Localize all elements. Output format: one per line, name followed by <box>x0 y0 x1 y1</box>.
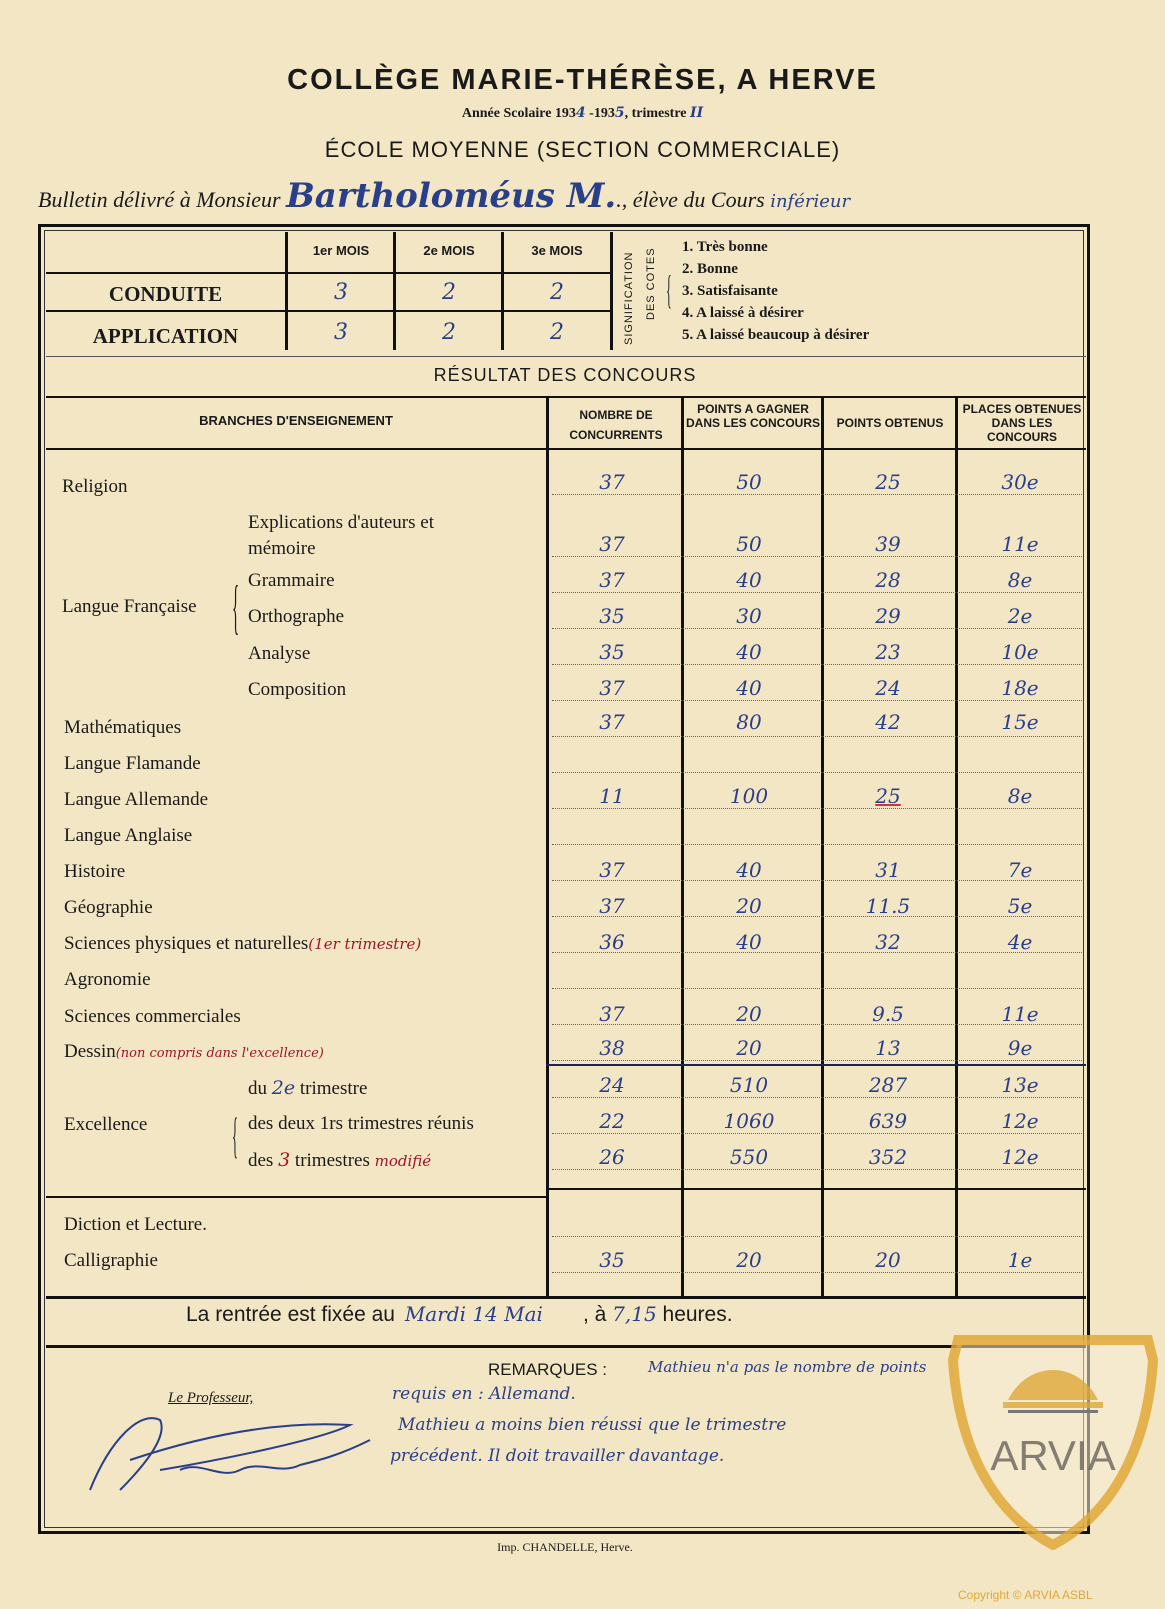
points-max-header: POINTS A GAGNER DANS LES CONCOURS <box>686 402 820 430</box>
legend-title-1: SIGNIFICATION <box>623 252 635 345</box>
subject-grammaire: Grammaire <box>248 570 335 592</box>
excellence-label: Excellence <box>64 1114 147 1136</box>
french-brace: { <box>232 512 239 702</box>
school-title: COLLÈGE MARIE-THÉRÈSE, A HERVE <box>0 64 1165 97</box>
application-month-2: 2 <box>398 320 500 345</box>
subject-explications: Explications d'auteurs et mémoire <box>248 510 468 562</box>
application-month-1: 3 <box>290 320 392 345</box>
watermark-text: ARVIA <box>990 1432 1115 1479</box>
subject-anglaise: Langue Anglaise <box>64 825 192 847</box>
subject-geographie: Géographie <box>64 897 153 919</box>
conduite-month-2: 2 <box>398 280 500 305</box>
places-header: PLACES OBTENUES DANS LES CONCOURS <box>960 402 1084 444</box>
remarks-line-3: Mathieu a moins bien réussi que le trime… <box>398 1415 786 1435</box>
subject-diction: Diction et Lecture. <box>64 1214 207 1236</box>
copyright: Copyright © ARVIA ASBL <box>958 1588 1093 1602</box>
concurrents-header: NOMBRE DE CONCURRENTS <box>552 405 680 445</box>
legend-title-2: DES COTES <box>645 247 657 320</box>
cours-value: inférieur <box>770 191 850 212</box>
conduite-month-3: 2 <box>506 280 608 305</box>
remarks-line-4: précédent. Il doit travailler davantage. <box>390 1446 724 1466</box>
conduite-month-1: 3 <box>290 280 392 305</box>
excellence-row-1: du 2e trimestre <box>248 1077 367 1100</box>
rentree-time: 7,15 <box>612 1302 657 1326</box>
remarks-line-1: Mathieu n'a pas le nombre de points <box>648 1358 926 1376</box>
excellence-brace: { <box>232 1080 238 1190</box>
trimestre-value: II <box>690 105 703 121</box>
excellence-row-2: des deux 1rs trimestres réunis <box>248 1113 474 1135</box>
school-year: Année Scolaire 1934 -1935, trimestre II <box>0 105 1165 122</box>
professor-signature <box>70 1400 400 1510</box>
subject-histoire: Histoire <box>64 861 125 883</box>
rentree-date: Mardi 14 Mai <box>401 1302 583 1326</box>
arvia-shield-icon: ARVIA <box>948 1320 1158 1550</box>
group-langue-francaise: Langue Française <box>62 596 197 618</box>
legend-list: 1. Très bonne 2. Bonne 3. Satisfaisante … <box>682 236 869 346</box>
month-3-header: 3e MOIS <box>506 244 608 258</box>
subject-analyse: Analyse <box>248 643 310 665</box>
subject-sciences-physiques: Sciences physiques et naturelles(1er tri… <box>64 933 421 955</box>
branches-header: BRANCHES D'ENSEIGNEMENT <box>46 414 546 428</box>
excellence-row-3: des 3 trimestres modifié <box>248 1149 431 1172</box>
subject-dessin: Dessin(non compris dans l'excellence) <box>64 1041 324 1063</box>
month-2-header: 2e MOIS <box>398 244 500 258</box>
results-title: RÉSULTAT DES CONCOURS <box>0 365 1130 386</box>
month-1-header: 1er MOIS <box>290 244 392 258</box>
subject-mathematiques: Mathématiques <box>64 717 181 739</box>
remarks-label: REMARQUES : <box>488 1360 607 1380</box>
conduite-label: CONDUITE <box>48 282 283 307</box>
remarks-line-2: requis en : Allemand. <box>392 1384 576 1404</box>
subject-calligraphie: Calligraphie <box>64 1250 158 1272</box>
points-obtenus-header: POINTS OBTENUS <box>826 416 954 430</box>
subject-sciences-commerciales: Sciences commerciales <box>64 1006 241 1028</box>
subject-composition: Composition <box>248 679 346 701</box>
legend-brace: { <box>666 234 672 346</box>
subject-allemande: Langue Allemande <box>64 789 208 811</box>
subject-flamande: Langue Flamande <box>64 753 201 775</box>
subject-orthographe: Orthographe <box>248 606 344 628</box>
student-name: Bartholoméus M. <box>286 176 616 216</box>
subject-religion: Religion <box>62 476 127 498</box>
rentree-line: La rentrée est fixée au Mardi 14 Mai, à … <box>186 1302 733 1327</box>
subject-agronomie: Agronomie <box>64 969 151 991</box>
school-section: ÉCOLE MOYENNE (SECTION COMMERCIALE) <box>0 137 1165 163</box>
bulletin-line: Bulletin délivré à Monsieur Bartholoméus… <box>38 176 850 216</box>
application-month-3: 2 <box>506 320 608 345</box>
application-label: APPLICATION <box>48 324 283 349</box>
